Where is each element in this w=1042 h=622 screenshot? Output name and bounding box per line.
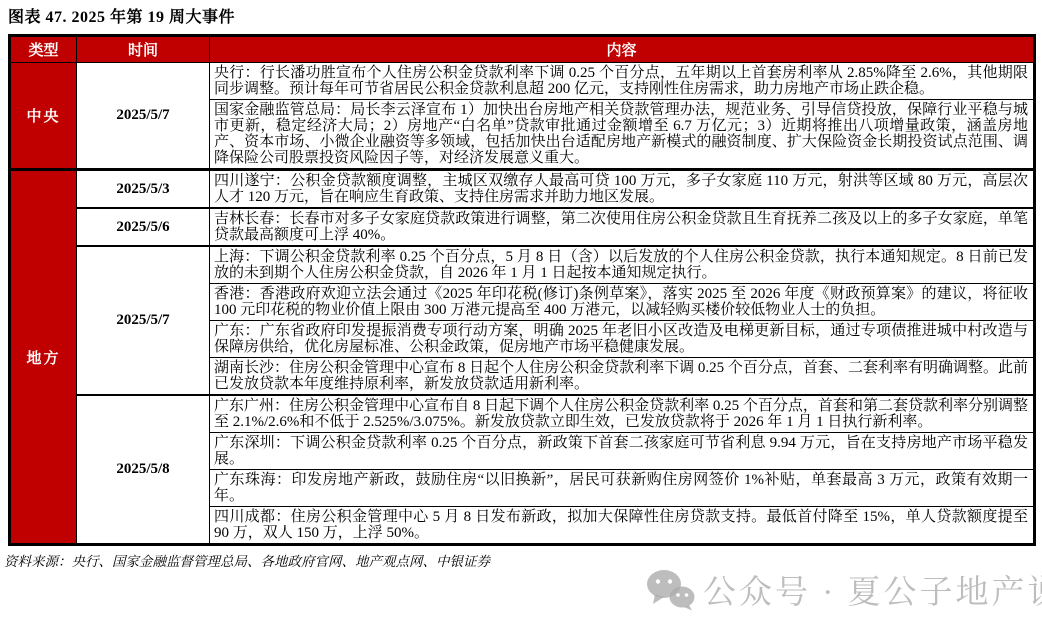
type-cell: 地方 — [10, 170, 77, 545]
header-row: 类型 时间 内容 — [10, 36, 1035, 63]
event-content-cell: 广东珠海：印发房地产新政，鼓励住房“以旧换新”，居民可获新购住房网签价 1%补贴… — [210, 470, 1035, 507]
events-table-header: 类型 时间 内容 — [10, 36, 1035, 63]
event-row: 中央2025/5/7央行：行长潘功胜宣布个人住房公积金贷款利率下调 0.25 个… — [10, 63, 1035, 100]
time-cell: 2025/5/3 — [77, 170, 210, 209]
watermark-text: 公众号 · 夏公子地产说 — [703, 566, 1042, 613]
event-row: 2025/5/8广东广州：住房公积金管理中心宣布自 8 日起下调个人住房公积金贷… — [10, 395, 1035, 433]
events-table-body: 中央2025/5/7央行：行长潘功胜宣布个人住房公积金贷款利率下调 0.25 个… — [10, 63, 1035, 545]
event-row: 2025/5/6吉林长春：长春市对多子女家庭贷款政策进行调整，第二次使用住房公积… — [10, 208, 1035, 246]
header-type: 类型 — [10, 36, 77, 63]
event-content-cell: 香港：香港政府欢迎立法会通过《2025 年印花税(修订)条例草案》，落实 202… — [210, 284, 1035, 321]
event-content-cell: 国家金融监管总局：局长李云泽宣布 1）加快出台房地产相关贷款管理办法，规范业务、… — [210, 100, 1035, 170]
report-page: 图表 47. 2025 年第 19 周大事件 类型 时间 内容 中央2025/5… — [0, 0, 1042, 622]
type-cell: 中央 — [10, 63, 77, 170]
event-content-cell: 广东：广东省政府印发提振消费专项行动方案，明确 2025 年老旧小区改造及电梯更… — [210, 321, 1035, 358]
watermark: 公众号 · 夏公子地产说 — [645, 566, 1042, 613]
event-content-cell: 吉林长春：长春市对多子女家庭贷款政策进行调整，第二次使用住房公积金贷款且生育抚养… — [210, 208, 1035, 246]
page-title: 图表 47. 2025 年第 19 周大事件 — [0, 0, 1042, 34]
source-note: 资料来源：央行、国家金融监督管理总局、各地政府官网、地产观点网、中银证券 — [4, 550, 1042, 570]
event-content-cell: 四川成都：住房公积金管理中心 5 月 8 日发布新政，拟加大保障性住房贷款支持。… — [210, 507, 1035, 545]
event-content-cell: 四川遂宁：公积金贷款额度调整，主城区双缴存人最高可贷 100 万元，多子女家庭 … — [210, 170, 1035, 209]
events-table: 类型 时间 内容 中央2025/5/7央行：行长潘功胜宣布个人住房公积金贷款利率… — [8, 34, 1036, 546]
time-cell: 2025/5/8 — [77, 395, 210, 545]
event-content-cell: 上海：下调公积金贷款利率 0.25 个百分点，5 月 8 日（含）以后发放的个人… — [210, 246, 1035, 284]
header-content: 内容 — [210, 36, 1035, 63]
time-cell: 2025/5/7 — [77, 63, 210, 170]
event-content-cell: 央行：行长潘功胜宣布个人住房公积金贷款利率下调 0.25 个百分点，五年期以上首… — [210, 63, 1035, 100]
time-cell: 2025/5/6 — [77, 208, 210, 246]
event-content-cell: 湖南长沙：住房公积金管理中心宣布 8 日起个人住房公积金贷款利率下调 0.25 … — [210, 358, 1035, 396]
event-row: 地方2025/5/3四川遂宁：公积金贷款额度调整，主城区双缴存人最高可贷 100… — [10, 170, 1035, 209]
event-content-cell: 广东广州：住房公积金管理中心宣布自 8 日起下调个人住房公积金贷款利率 0.25… — [210, 395, 1035, 433]
header-time: 时间 — [77, 36, 210, 63]
wechat-icon — [645, 569, 695, 611]
event-content-cell: 广东深圳：下调公积金贷款利率 0.25 个百分点，新政策下首套二孩家庭可节省利息… — [210, 433, 1035, 470]
event-row: 2025/5/7上海：下调公积金贷款利率 0.25 个百分点，5 月 8 日（含… — [10, 246, 1035, 284]
time-cell: 2025/5/7 — [77, 246, 210, 395]
